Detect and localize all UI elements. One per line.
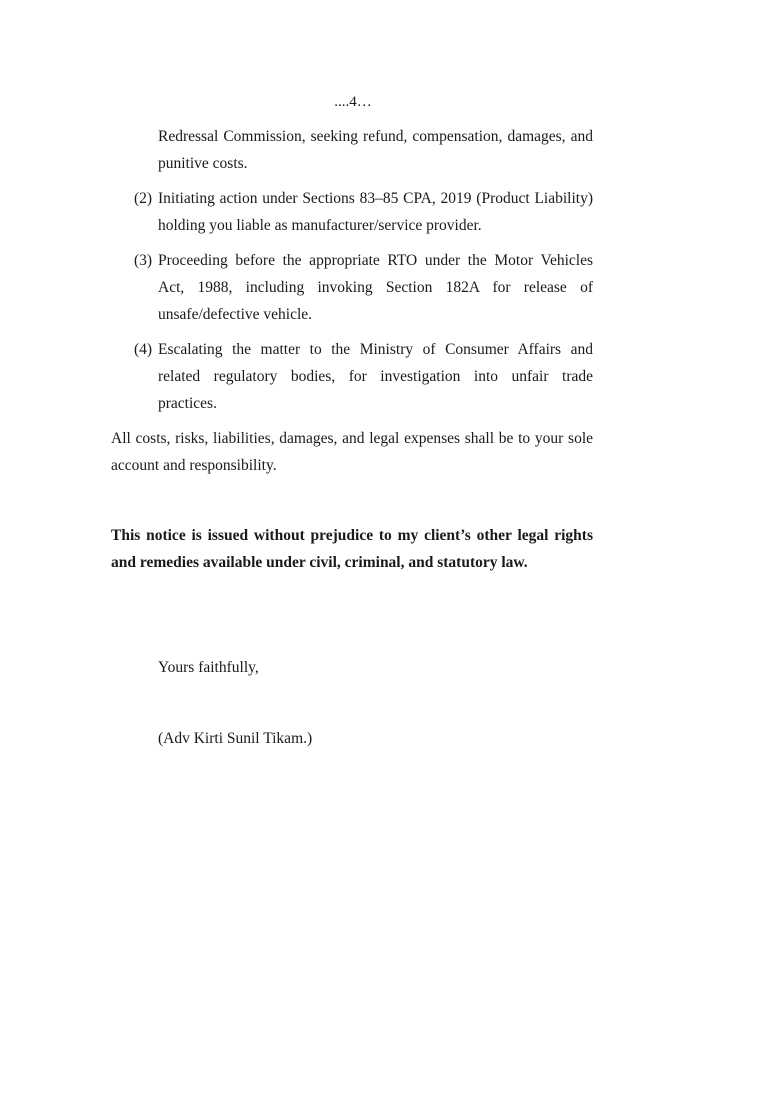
list-item-line: Proceeding before the appropriate RTO un… xyxy=(158,251,593,271)
list-item-line: Escalating the matter to the Ministry of… xyxy=(158,340,593,360)
list-item-line: practices. xyxy=(158,394,217,414)
continuation-line: Redressal Commission, seeking refund, co… xyxy=(158,127,593,147)
page-number-marker: ....4… xyxy=(0,94,706,111)
document-page: ....4… Redressal Commission, seeking ref… xyxy=(0,0,778,1100)
signatory-name: (Adv Kirti Sunil Tikam.) xyxy=(158,729,312,749)
prejudice-notice-line: and remedies available under civil, crim… xyxy=(111,553,528,573)
list-item-line: Initiating action under Sections 83–85 C… xyxy=(158,189,593,209)
list-item-line: Act, 1988, including invoking Section 18… xyxy=(158,278,593,298)
list-item-line: related regulatory bodies, for investiga… xyxy=(158,367,593,387)
list-item-line: unsafe/defective vehicle. xyxy=(158,305,312,325)
list-item-line: holding you liable as manufacturer/servi… xyxy=(158,216,482,236)
continuation-line: punitive costs. xyxy=(158,154,248,174)
costs-paragraph-line: account and responsibility. xyxy=(111,456,277,476)
prejudice-notice-line: This notice is issued without prejudice … xyxy=(111,526,593,546)
list-item-number: (4) xyxy=(134,340,152,360)
closing-salutation: Yours faithfully, xyxy=(158,658,259,678)
costs-paragraph-line: All costs, risks, liabilities, damages, … xyxy=(111,429,593,449)
list-item-number: (2) xyxy=(134,189,152,209)
list-item-number: (3) xyxy=(134,251,152,271)
